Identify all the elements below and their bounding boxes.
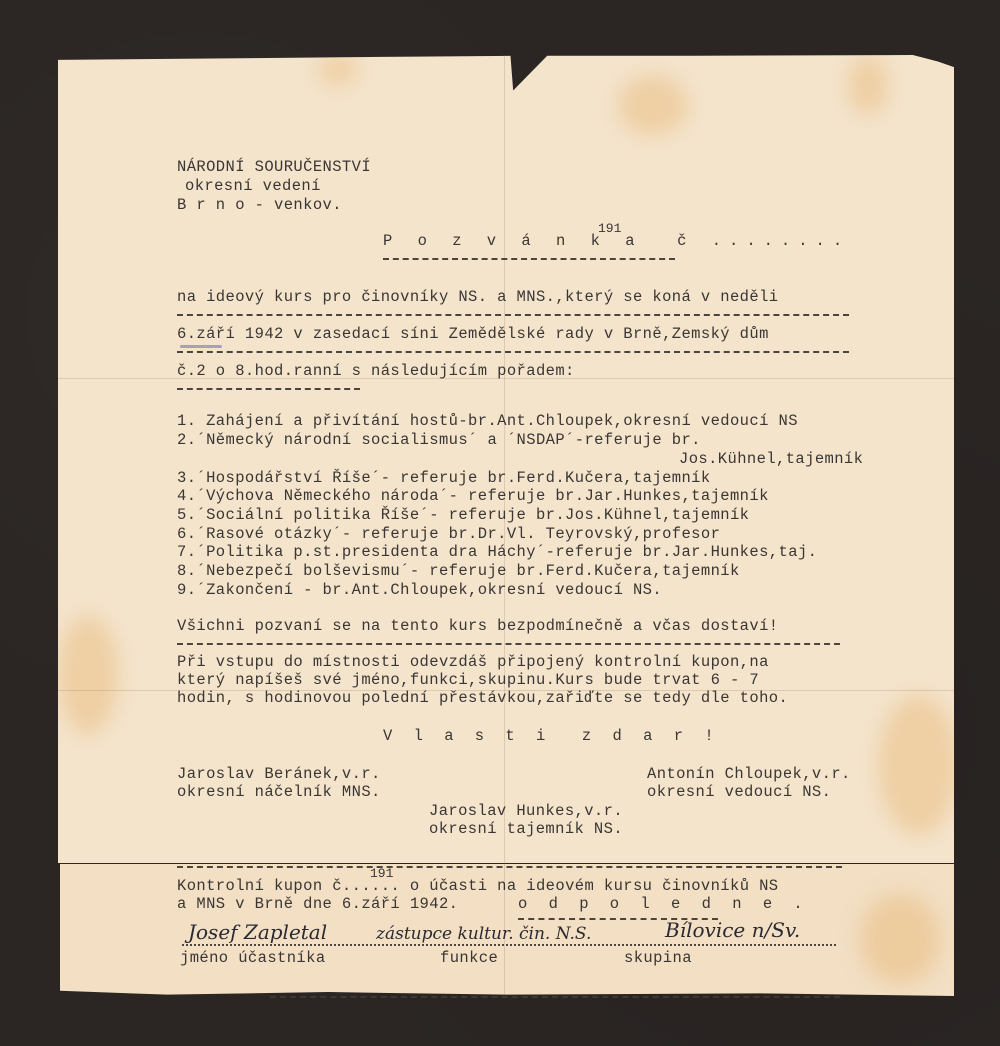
attendance-notice: Všichni pozvaní se na tento kurs bezpodm… bbox=[177, 619, 779, 635]
divider bbox=[177, 388, 360, 390]
program-item: 2.´Německý národní socialismus´ a ´NSDAP… bbox=[177, 433, 701, 449]
program-item: 4.´Výchova Německého národa´- referuje b… bbox=[177, 489, 769, 505]
stain bbox=[318, 55, 358, 85]
fill-in-line bbox=[182, 944, 836, 946]
coupon-line-2: a MNS v Brně dne 6.září 1942. bbox=[177, 897, 458, 913]
title-underline bbox=[383, 258, 675, 260]
program-item: 8.´Nebezpečí bolševismu´- referuje br.Fe… bbox=[177, 564, 740, 580]
intro-line-3: č.2 o 8.hod.ranní s následujícím pořadem… bbox=[177, 364, 575, 380]
program-item: 5.´Sociální politika Říše´- referuje br.… bbox=[177, 508, 749, 524]
stain bbox=[58, 615, 118, 735]
label-participant-name: jméno účastníka bbox=[180, 951, 326, 967]
label-function: funkce bbox=[440, 951, 498, 967]
program-item: 6.´Rasové otázky´- referuje br.Dr.Vl. Te… bbox=[177, 527, 720, 543]
stain bbox=[878, 695, 958, 835]
divider bbox=[177, 643, 840, 645]
divider bbox=[177, 351, 849, 353]
signature-name: Jaroslav Beránek,v.r. bbox=[177, 767, 381, 783]
handwritten-function: zástupce kultur. čin. N.S. bbox=[376, 924, 591, 944]
notice-line-3: hodin, s hodinovou polední přestávkou,za… bbox=[177, 691, 788, 707]
coupon-line-1: Kontrolní kupon č...... o účasti na ideo… bbox=[177, 879, 779, 895]
signature-name: Antonín Chloupek,v.r. bbox=[647, 767, 851, 783]
notice-line-1: Při vstupu do místnosti odevzdáš připoje… bbox=[177, 655, 769, 671]
pencil-underline bbox=[180, 345, 222, 348]
handwritten-group: Bílovice n/Sv. bbox=[665, 918, 800, 942]
label-group: skupina bbox=[624, 951, 692, 967]
department-name: okresní vedení bbox=[185, 179, 321, 195]
session-label: o d p o l e d n e . bbox=[518, 897, 809, 913]
invitation-title: P o z v á n k a č ........ bbox=[383, 234, 850, 250]
program-item: 1. Zahájení a přivítání hostů-br.Ant.Chl… bbox=[177, 414, 798, 430]
notice-line-2: který napíšeš své jméno,funkci,skupinu.K… bbox=[177, 673, 759, 689]
coupon-number: 191 bbox=[370, 866, 393, 881]
stain bbox=[848, 55, 888, 115]
program-item-continuation: Jos.Kühnel,tajemník bbox=[679, 452, 863, 468]
closing-salute: V l a s t i z d a r ! bbox=[383, 729, 720, 745]
divider bbox=[177, 314, 849, 316]
program-item: 9.´Zakončení - br.Ant.Chloupek,okresní v… bbox=[177, 583, 662, 599]
organization-name: NÁRODNÍ SOURUČENSTVÍ bbox=[177, 160, 371, 176]
intro-line-1: na ideový kurs pro činovníky NS. a MNS.,… bbox=[177, 290, 779, 306]
coupon-cut-line bbox=[177, 866, 842, 868]
handwritten-name: Josef Zapletal bbox=[188, 920, 327, 944]
district-name: B r n o - venkov. bbox=[177, 198, 342, 214]
bottom-cut-line bbox=[270, 996, 840, 998]
signature-name: Jaroslav Hunkes,v.r. bbox=[429, 804, 623, 820]
program-item: 7.´Politika p.st.presidenta dra Háchy´-r… bbox=[177, 545, 817, 561]
program-item: 3.´Hospodářství Říše´- referuje br.Ferd.… bbox=[177, 471, 711, 487]
signature-title: okresní náčelník MNS. bbox=[177, 785, 381, 801]
signature-title: okresní vedoucí NS. bbox=[647, 785, 831, 801]
stain bbox=[618, 75, 688, 135]
signature-title: okresní tajemník NS. bbox=[429, 822, 623, 838]
intro-line-2: 6.září 1942 v zasedací síni Zemědělské r… bbox=[177, 327, 769, 343]
stain bbox=[860, 894, 940, 984]
